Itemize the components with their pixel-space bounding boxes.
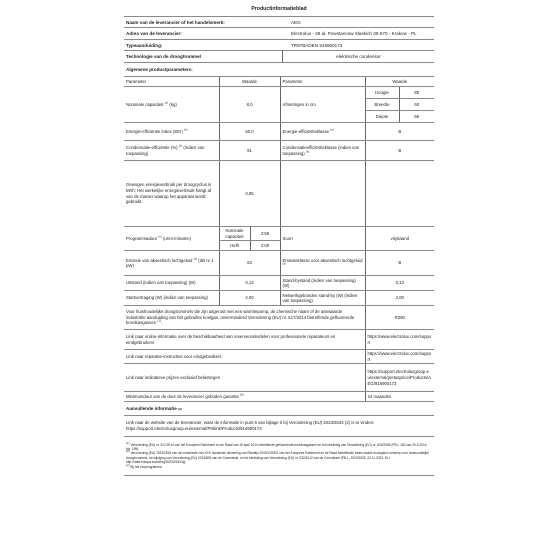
off-mode-value: 0,13 bbox=[219, 276, 280, 291]
dimensions-label: Afmetingen in cm bbox=[280, 87, 365, 123]
warranty-value: 24 maanden bbox=[365, 392, 434, 402]
condensation-efficiency-value: 91 bbox=[219, 141, 280, 161]
footnotes: (1) Verordening (EU) nr. 517/2014 van he… bbox=[124, 436, 434, 477]
eei-value: 50,0 bbox=[219, 123, 280, 141]
model-label: Typeaanduiding: bbox=[124, 43, 291, 48]
sheet-title: Productinformatieblad bbox=[124, 0, 434, 16]
product-information-sheet: Productinformatieblad Naam van de levera… bbox=[124, 0, 434, 476]
network-standby-value: 2,00 bbox=[365, 291, 434, 306]
type-label: Soort bbox=[280, 227, 365, 251]
additional-info-heading: Aanvullende informatie (6) bbox=[124, 402, 434, 415]
refrigerant-label: Voor huishoudelijke droogtrommels die zi… bbox=[124, 306, 365, 330]
spare-parts-label: Link naar online-informatie over de besc… bbox=[124, 330, 365, 350]
indicative-prices-link[interactable]: https://support.electroluxgroup.eu/exter… bbox=[365, 364, 434, 392]
empty-cell bbox=[280, 161, 365, 227]
col-header-value-2: Waarde bbox=[365, 77, 434, 87]
delay-start-label: Startvertraging (W) (indien van toepassi… bbox=[124, 291, 219, 306]
off-mode-label: Uitstand (indien van toepassing) (W) bbox=[124, 276, 219, 291]
dryer-technology-row: Technologie van de droogtrommel elektris… bbox=[124, 50, 434, 62]
depth-label: Diepte bbox=[365, 111, 399, 123]
footnote-3: (x) Bij het ecoprogramma. bbox=[126, 465, 432, 469]
supplier-name-row: Naam van de leverancier of het handelsme… bbox=[124, 16, 434, 27]
col-header-value: Waarde bbox=[219, 77, 280, 87]
program-half-value: 2:00 bbox=[250, 241, 280, 251]
standby-value: 0,13 bbox=[365, 276, 434, 291]
supplier-address-row: Adres van de leverancier: Electrolux - 2… bbox=[124, 27, 434, 39]
footnote-1: (1) Verordening (EU) nr. 517/2014 van he… bbox=[126, 443, 432, 452]
footnote-2: (2) Verordening (EU) 2023/2534 van de co… bbox=[126, 451, 432, 464]
noise-class-label: Emissieklasse voor akoestisch luchtgelui… bbox=[280, 251, 365, 276]
depth-value: 66 bbox=[399, 111, 434, 123]
weighted-energy-label: Gewogen energieverbruik per droogcyclus … bbox=[124, 161, 219, 227]
width-value: 60 bbox=[399, 99, 434, 111]
supplier-name-value: AEG bbox=[291, 20, 434, 25]
dryer-technology-label: Technologie van de droogtrommel bbox=[124, 54, 282, 59]
delay-start-value: 4,00 bbox=[219, 291, 280, 306]
eei-label: Energie-efficiëntie index (EEI) (x) bbox=[124, 123, 219, 141]
noise-value: 63 bbox=[219, 251, 280, 276]
parameters-table: Parameter Waarde Parameter Waarde Nomina… bbox=[124, 76, 434, 402]
energy-class-label: Energie-efficiëntieklasse (x) bbox=[280, 123, 365, 141]
refrigerant-value: R290 bbox=[365, 306, 434, 330]
condensation-efficiency-label: Condensatie-efficiëntie (%) (x) (indien … bbox=[124, 141, 219, 161]
capacity-value: 8,0 bbox=[219, 87, 280, 123]
type-value: vrijstaand bbox=[365, 227, 434, 251]
network-standby-label: Netwerkgebonden stand-by (W) (indien van… bbox=[280, 291, 365, 306]
program-half-label: Helft bbox=[219, 241, 250, 251]
width-label: Breedte bbox=[365, 99, 399, 111]
col-header-parameter-2: Parameter bbox=[280, 77, 365, 87]
program-nominal-value: 2:59 bbox=[250, 227, 280, 241]
repair-instructions-label: Link naar reparatie-instructies voor ein… bbox=[124, 350, 365, 364]
condensation-class-label: Condensatieefficiëntieklasse (indien van… bbox=[280, 141, 365, 161]
standby-label: Stand-bystand (indien van toepassing) (W… bbox=[280, 276, 365, 291]
energy-class-value: B bbox=[365, 123, 434, 141]
program-duration-label: Programmaduur (x) (uren:minuten) bbox=[124, 227, 219, 251]
indicative-prices-label: Link naar indicatieve prijzen exclusief … bbox=[124, 364, 365, 392]
noise-label: Emissie van akoestisch luchtgeluid (x) (… bbox=[124, 251, 219, 276]
repair-instructions-link[interactable]: https://www.electrolux.com/support bbox=[365, 350, 434, 364]
dryer-technology-value: elektrische condensor bbox=[282, 51, 434, 62]
height-value: 85 bbox=[399, 87, 434, 99]
weighted-energy-value: 0,85 bbox=[219, 161, 280, 227]
supplier-address-value: Electrolux - 26 al. Powstancow Slaskich … bbox=[291, 31, 434, 36]
supplier-name-label: Naam van de leverancier of het handelsme… bbox=[124, 20, 291, 25]
col-header-parameter: Parameter bbox=[124, 77, 219, 87]
capacity-label: Nominale capaciteit (x) (kg) bbox=[124, 87, 219, 123]
height-label: Hoogte bbox=[365, 87, 399, 99]
model-row: Typeaanduiding: TR97BADEN 916900173 bbox=[124, 39, 434, 50]
noise-class-value: B bbox=[365, 251, 434, 276]
condensation-class-value: B bbox=[365, 141, 434, 161]
program-nominal-label: Nominale capaciteit bbox=[219, 227, 250, 241]
supplier-address-label: Adres van de leverancier: bbox=[124, 31, 291, 36]
model-value: TR97BADEN 916900173 bbox=[291, 43, 434, 48]
empty-cell bbox=[365, 161, 434, 227]
additional-info-text: Link naar de website van de leverancier,… bbox=[124, 415, 434, 435]
spare-parts-link[interactable]: https://www.electrolux.com/support bbox=[365, 330, 434, 350]
general-params-heading: Algemene productparameters: bbox=[124, 62, 434, 76]
warranty-label: Minimumduur van de door de leverancier g… bbox=[124, 392, 365, 402]
